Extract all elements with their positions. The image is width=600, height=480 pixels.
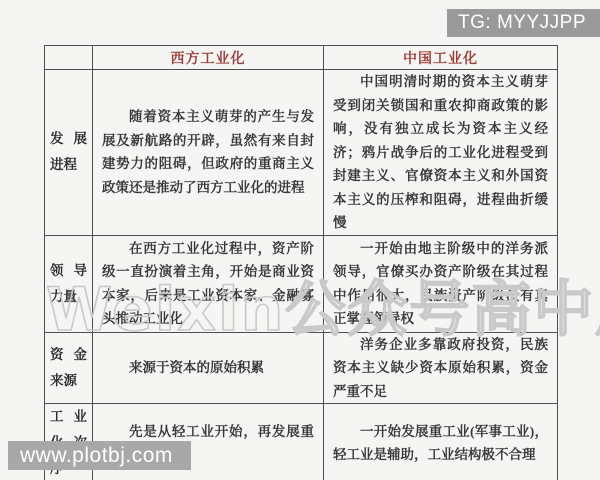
china-cell: 一开始由地主阶级中的洋务派领导，官僚买办资产阶级在其过程中作用很大，民族资产阶级… (324, 235, 558, 332)
site-url-badge: www.plotbj.com (8, 441, 191, 470)
table-row-funding-source: 资 金 来源 来源于资本的原始积累 洋务企业多靠政府投资，民族资本主义缺少资本原… (45, 332, 558, 404)
row-label-line: 来源 (50, 368, 87, 394)
row-label-line: 领 导 (50, 258, 87, 284)
tg-contact-badge: TG: MYYJJPP (447, 9, 600, 37)
west-cell: 在西方工业化过程中，资产阶级一直扮演着主角，开始是商业资本家，后来是工业资本家、… (93, 235, 324, 332)
row-label-line: 工 业 (50, 404, 87, 430)
row-label-line: 资 金 (50, 342, 87, 368)
column-header-west: 西方工业化 (93, 46, 324, 70)
row-label-line: 发 展 (50, 126, 87, 152)
header-row: 西方工业化 中国工业化 (45, 46, 558, 70)
table-row-development-process: 发 展 进程 随着资本主义萌芽的产生与发展及新航路的开辟，虽然有来自封建势力的阻… (45, 70, 558, 236)
row-label: 领 导 力量 (45, 235, 93, 332)
table-row-leading-force: 领 导 力量 在西方工业化过程中，资产阶级一直扮演着主角，开始是商业资本家，后来… (45, 235, 558, 332)
china-cell: 中国明清时期的资本主义萌芽受到闭关锁国和重农抑商政策的影响，没有独立成长为资本主… (324, 70, 558, 236)
row-label-line: 进程 (50, 152, 87, 178)
row-label-line: 力量 (50, 284, 87, 310)
row-label: 资 金 来源 (45, 332, 93, 404)
china-cell: 一开始发展重工业(军事工业)，轻工业是辅助，工业结构极不合理 (324, 404, 558, 480)
west-cell: 来源于资本的原始积累 (93, 332, 324, 404)
corner-cell (45, 46, 93, 70)
column-header-china: 中国工业化 (324, 46, 558, 70)
west-cell: 随着资本主义萌芽的产生与发展及新航路的开辟，虽然有来自封建势力的阻碍，但政府的重… (93, 70, 324, 236)
industrialization-comparison-table: 西方工业化 中国工业化 发 展 进程 随着资本主义萌芽的产生与发展及新航路的开辟… (44, 45, 558, 480)
row-label: 发 展 进程 (45, 70, 93, 236)
china-cell: 洋务企业多靠政府投资，民族资本主义缺少资本原始积累，资金严重不足 (324, 332, 558, 404)
